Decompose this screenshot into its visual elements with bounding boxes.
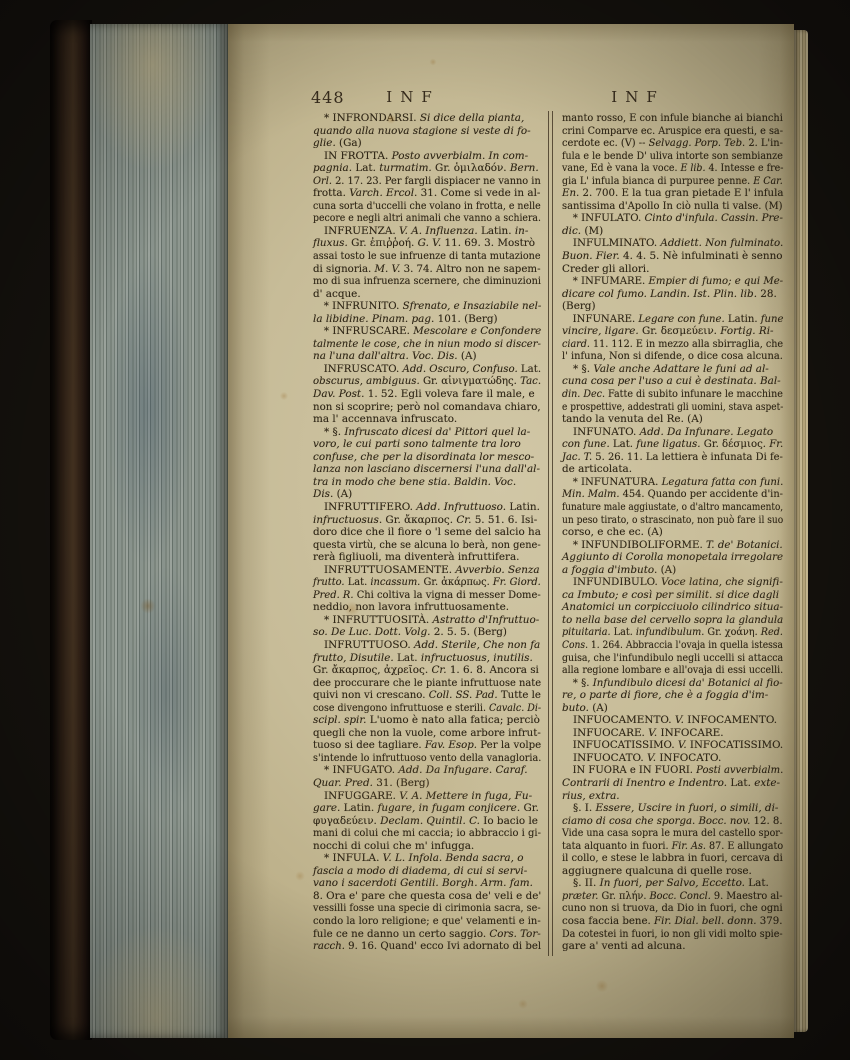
dictionary-line: quando alla nuova stagione si veste di f… (313, 125, 541, 138)
dictionary-line: cuna sorta d'uccelli che volano in frott… (313, 200, 520, 213)
dictionary-line: frutto, Disutile. Lat. infructuosus, inu… (313, 652, 541, 665)
dictionary-line: alla regione lombare e all'ovaja di essi… (562, 664, 763, 677)
dictionary-line: §. II. In fuori, per Salvo, Eccetto. Lat… (562, 877, 783, 890)
dictionary-line: cose divengono infruttuose e sterili. Ca… (313, 702, 521, 715)
dictionary-line: mo di sua infruenza scernere, che diminu… (313, 275, 526, 288)
dictionary-line: * INFRUNITO. Sfrenato, e Insaziabile nel… (313, 300, 537, 313)
dictionary-line: dicare col fumo. Landin. Ist. Plin. lib.… (562, 288, 783, 301)
dictionary-line: quegli che non la vuole, come arbore inf… (313, 727, 537, 740)
dictionary-line: 8. Ora e' pare che questa cosa de' veli … (313, 890, 540, 903)
dictionary-line: s'intende lo infruttuoso vento della van… (313, 752, 524, 765)
dictionary-line: di signoria. M. V. 3. 74. Altro non ne s… (313, 263, 537, 276)
dictionary-line: il collo, e stese le labbra in fuori, ce… (562, 852, 773, 865)
dictionary-line: confuse, che per la disordinata lor mesc… (313, 451, 541, 464)
right-column: manto rosso, E con infule bianche ai bia… (562, 112, 783, 953)
dictionary-line: nocchi di colui che m' infugga. (313, 840, 541, 853)
dictionary-line: * INFUNDIBOLIFORME. T. de' Botanici. (562, 539, 780, 552)
right-column-header: INF (583, 88, 693, 106)
dictionary-line: doro dice che il fiore o 'l seme del sal… (313, 526, 541, 539)
dictionary-line: §. I. Essere, Uscire in fuori, o simili,… (562, 802, 783, 815)
dictionary-line: Buon. Fier. 4. 4. 5. Nè infulminati è se… (562, 250, 783, 263)
dictionary-line: infructuosus. Gr. ἄκαρπος. Cr. 5. 51. 6.… (313, 514, 541, 527)
dictionary-line: INFRUSCATO. Add. Oscuro, Confuso. Lat. (313, 363, 536, 376)
left-column: * INFRONDARSI. Si dice della pianta,quan… (313, 112, 541, 953)
dictionary-line: corso, e che ec. (A) (562, 526, 783, 539)
dictionary-line: * INFULA. V. L. Infola. Benda sacra, o (313, 852, 541, 865)
dictionary-line: INFRUTTUOSO. Add. Sterile, Che non fa (313, 639, 541, 652)
dictionary-line: INFUNARE. Legare con fune. Latin. fune (562, 313, 776, 326)
dictionary-line: gare a' venti ad alcuna. (562, 940, 783, 953)
dictionary-line: * §. Infundibulo dicesi da' Botanici al … (562, 677, 779, 690)
dictionary-line: * INFULATO. Cinto d'infula. Cassin. Pre- (562, 212, 779, 225)
dictionary-line: l' infuna, Non si difende, o dice cosa a… (562, 350, 772, 363)
dictionary-line: frotta. Varch. Ercol. 31. Come si vede i… (313, 187, 541, 200)
dictionary-line: non si scoprire; però nol comandava chia… (313, 401, 537, 414)
dictionary-line: Da cotestei in fuori, io non gli vidi mo… (562, 928, 765, 941)
dictionary-line: vincire, ligare. Gr. δεσμεύειν. Fortig. … (562, 325, 783, 338)
dictionary-line: ciamo di cosa che sporga. Bocc. nov. 12.… (562, 815, 778, 828)
dictionary-line: Cons. 1. 264. Abbraccia l'ovaja in quell… (562, 639, 757, 652)
dictionary-line: Contrarii di Inentro e Indentro. Lat. ex… (562, 777, 783, 790)
dictionary-line: d' acque. (313, 288, 541, 301)
dictionary-line: frutto. Lat. incassum. Gr. ἀκάρπως. Fr. … (313, 576, 530, 589)
dictionary-line: buto. (A) (562, 702, 783, 715)
dictionary-line: condo la loro religione; e que' velament… (313, 915, 531, 928)
dictionary-line: * INFUMARE. Empier di fumo; e qui Me- (562, 275, 777, 288)
dictionary-line: lanza non lasciano discernersi l'una dal… (313, 463, 541, 476)
dictionary-line: tando la venuta del Re. (A) (562, 413, 783, 426)
dictionary-line: Dav. Post. 1. 52. Egli voleva fare il ma… (313, 388, 541, 401)
dictionary-line: un peso tirato, o strascinato, non può f… (562, 514, 755, 527)
dictionary-line: tra in modo che bene stia. Baldin. Voc. (313, 476, 541, 489)
dictionary-line: crini Comparve ec. Aruspice era questi, … (562, 125, 768, 138)
dictionary-line: INFUNDIBULO. Voce latina, che signifi- (562, 576, 782, 589)
book-photo: 448 INF INF * INFRONDARSI. Si dice della… (0, 0, 850, 1060)
dictionary-line: φυγαδεύειν. Declam. Quintil. C. Io bacio… (313, 815, 541, 828)
dictionary-line: na l'una dall'altra. Voc. Dis. (A) (313, 350, 541, 363)
dictionary-line: fascia a modo di diadema, di cui si serv… (313, 865, 541, 878)
dictionary-line: fula e le bende D' uliva intorte son sem… (562, 150, 765, 163)
dictionary-line: pecore e negli altri animali che vanno a… (313, 212, 518, 225)
page-number: 448 (311, 88, 345, 107)
dictionary-line: neddio, non lavora infruttuosamente. (313, 601, 541, 614)
dictionary-line: e prospettive, addestrati gli uomini, st… (562, 401, 754, 414)
dictionary-line: præter. Gr. πλήν. Bocc. Concl. 9. Maestr… (562, 890, 769, 903)
dictionary-line: gia L' infula bianca di purpuree penne. … (562, 175, 765, 188)
dictionary-line: * §. Vale anche Adattare le funi ad al- (562, 363, 783, 376)
dictionary-line: rerà figliuoli, ma diventerà infruttifer… (313, 551, 541, 564)
dictionary-line: vane, Ed è vana la voce. E lib. 4. Intes… (562, 162, 763, 175)
dictionary-line: cuna cosa per l'uso a cui è destinata. B… (562, 375, 783, 388)
dictionary-line: to nella base del cervello sopra la glan… (562, 614, 778, 627)
dictionary-line: din. Dec. Fatte di subito infunare le ma… (562, 388, 765, 401)
book-page: 448 INF INF * INFRONDARSI. Si dice della… (228, 24, 794, 1038)
dictionary-line: voro, le cui parti sono talmente tra lor… (313, 438, 541, 451)
dictionary-line: guisa, che l'infundibulo negli uccelli s… (562, 652, 762, 665)
dictionary-line: ma l' accennava infruscato. (313, 413, 541, 426)
dictionary-line: la libidine. Pinam. pag. 101. (Berg) (313, 313, 541, 326)
dictionary-line: questa virtù, che se alcuna lo berà, non… (313, 539, 529, 552)
page-edges-right (794, 30, 808, 1032)
page-edges-fore-edge (90, 24, 228, 1038)
dictionary-line: racch. 9. 16. Quand' ecco Ivi adornato d… (313, 940, 535, 953)
dictionary-line: glie. (Ga) (313, 137, 541, 150)
dictionary-line: Creder gli allori. (562, 263, 783, 276)
dictionary-line: IN FUORA e IN FUORI. Posti avverbialm. (562, 764, 774, 777)
dictionary-line: En. 2. 700. E la tua gran pietade E l' i… (562, 187, 779, 200)
dictionary-line: INFUOCAMENTO. V. INFOCAMENTO. (562, 714, 783, 727)
dictionary-line: * §. Infruscato dicesi da' Pittori quel … (313, 426, 541, 439)
dictionary-line: santissima d'Apollo In ciò nulla ti vals… (562, 200, 773, 213)
dictionary-line: cosa faccia bene. Fir. Dial. bell. donn.… (562, 915, 779, 928)
dictionary-line: pagnia. Lat. turmatim. Gr. ὁμιλαδόν. Ber… (313, 162, 541, 175)
dictionary-line: INFUOCATISSIMO. V. INFOCATISSIMO. (562, 739, 779, 752)
dictionary-line: fule ce ne danno un certo saggio. Cors. … (313, 928, 538, 941)
dictionary-line: quivi non vi crescano. Coll. SS. Pad. Tu… (313, 689, 536, 702)
dictionary-line: de articolata. (562, 463, 783, 476)
dictionary-line: * INFRUSCARE. Mescolare e Confondere (313, 325, 539, 338)
dictionary-line: * INFUGATO. Add. Da Infugare. Caraf. (313, 764, 541, 777)
dictionary-line: cuno non si truova, da Dio in fuori, che… (562, 902, 773, 915)
dictionary-line: re, o parte di fiore, che è a foggia d'i… (562, 689, 783, 702)
dictionary-line: * INFRONDARSI. Si dice della pianta, (313, 112, 541, 125)
dictionary-line: INFUOCATO. V. INFOCATO. (562, 752, 783, 765)
dictionary-line: obscurus, ambiguus. Gr. αἰνιγματώδης. Ta… (313, 375, 536, 388)
dictionary-line: INFRUTTIFERO. Add. Infruttuoso. Latin. (313, 501, 541, 514)
dictionary-line: so. De Luc. Dott. Volg. 2. 5. 5. (Berg) (313, 626, 541, 639)
dictionary-line: funature male aggiustate, o d'altro manc… (562, 501, 751, 514)
dictionary-line: INFUOCARE. V. INFOCARE. (562, 727, 783, 740)
dictionary-line: assai tosto le sue infruenze di tanta mu… (313, 250, 524, 263)
column-divider-rule (548, 111, 553, 956)
dictionary-line: tata alquanto in fuori. Fir. As. 87. E a… (562, 840, 766, 853)
dictionary-line: vessilli fosse una specie di cirimonia s… (313, 902, 524, 915)
dictionary-line: dee proccurare che le piante infruttuose… (313, 677, 530, 690)
dictionary-line: scipl. spir. L'uomo è nato alla fatica; … (313, 714, 541, 727)
dictionary-line: gare. Latin. fugare, in fugam conjicere.… (313, 802, 541, 815)
dictionary-line: Vide una casa sopra le mura del castello… (562, 827, 763, 840)
dictionary-line: Aggiunto di Corolla monopetala irregolar… (562, 551, 780, 564)
left-column-header: INF (358, 88, 468, 106)
dictionary-line: manto rosso, E con infule bianche ai bia… (562, 112, 771, 125)
dictionary-line: INFULMINATO. Addiett. Non fulminato. (562, 237, 781, 250)
dictionary-line: vano i sacerdoti Gentili. Borgh. Arm. fa… (313, 877, 541, 890)
dictionary-line: cerdote ec. (V) -- Selvagg. Porp. Teb. 2… (562, 137, 772, 150)
dictionary-line: ca Imbuto; e così per similit. si dice d… (562, 589, 783, 602)
dictionary-line: INFUNATO. Add. Da Infunare. Legato (562, 426, 783, 439)
dictionary-line: Gr. ἄκαρπος, ἀχρεῖος. Cr. 1. 6. 8. Ancor… (313, 664, 541, 677)
dictionary-line: mani di colui che mi caccia; io abbracci… (313, 827, 531, 840)
dictionary-line: Min. Malm. 454. Quando per accidente d'i… (562, 488, 772, 501)
dictionary-line: pituitaria. Lat. infundibulum. Gr. χοάνη… (562, 626, 767, 639)
dictionary-line: INFRUENZA. V. A. Influenza. Latin. in- (313, 225, 541, 238)
dictionary-line: con fune. Lat. fune ligatus. Gr. δέσμιος… (562, 438, 778, 451)
dictionary-line: talmente le cose, che in niun modo si di… (313, 338, 534, 351)
dictionary-line: Anatomici un corpicciuolo cilindrico sit… (562, 601, 781, 614)
dictionary-line: ciard. 11. 112. E in mezzo alla sbirragl… (562, 338, 766, 351)
dictionary-line: tuoso si dee tagliare. Fav. Esop. Per la… (313, 739, 537, 752)
dictionary-line: rius, extra. (562, 790, 783, 803)
dictionary-line: INFUGGARE. V. A. Mettere in fuga, Fu- (313, 790, 541, 803)
book-spine-leather (50, 20, 92, 1040)
dictionary-line: Jac. T. 5. 26. 11. La lettiera è infunat… (562, 451, 773, 464)
dictionary-line: fluxus. Gr. ἐπιῤῥοή. G. V. 11. 69. 3. Mo… (313, 237, 541, 250)
dictionary-line: * INFUNATURA. Legatura fatta con funi. (562, 476, 777, 489)
dictionary-line: INFRUTTUOSAMENTE. Avverbio. Senza (313, 564, 541, 577)
dictionary-line: dic. (M) (562, 225, 783, 238)
dictionary-line: * INFRUTTUOSITÀ. Astratto d'Infruttuo- (313, 614, 541, 627)
dictionary-line: Orl. 2. 17. 23. Per fargli dispiacer ne … (313, 175, 528, 188)
dictionary-line: (Berg) (562, 300, 783, 313)
dictionary-line: Dis. (A) (313, 488, 541, 501)
dictionary-line: Quar. Pred. 31. (Berg) (313, 777, 541, 790)
dictionary-line: a foggia d'imbuto. (A) (562, 564, 783, 577)
dictionary-line: IN FROTTA. Posto avverbialm. In com- (313, 150, 541, 163)
dictionary-line: aggiugnere qualcuna di quelle rose. (562, 865, 783, 878)
dictionary-line: Pred. R. Chi coltiva la vigna di messer … (313, 589, 531, 602)
